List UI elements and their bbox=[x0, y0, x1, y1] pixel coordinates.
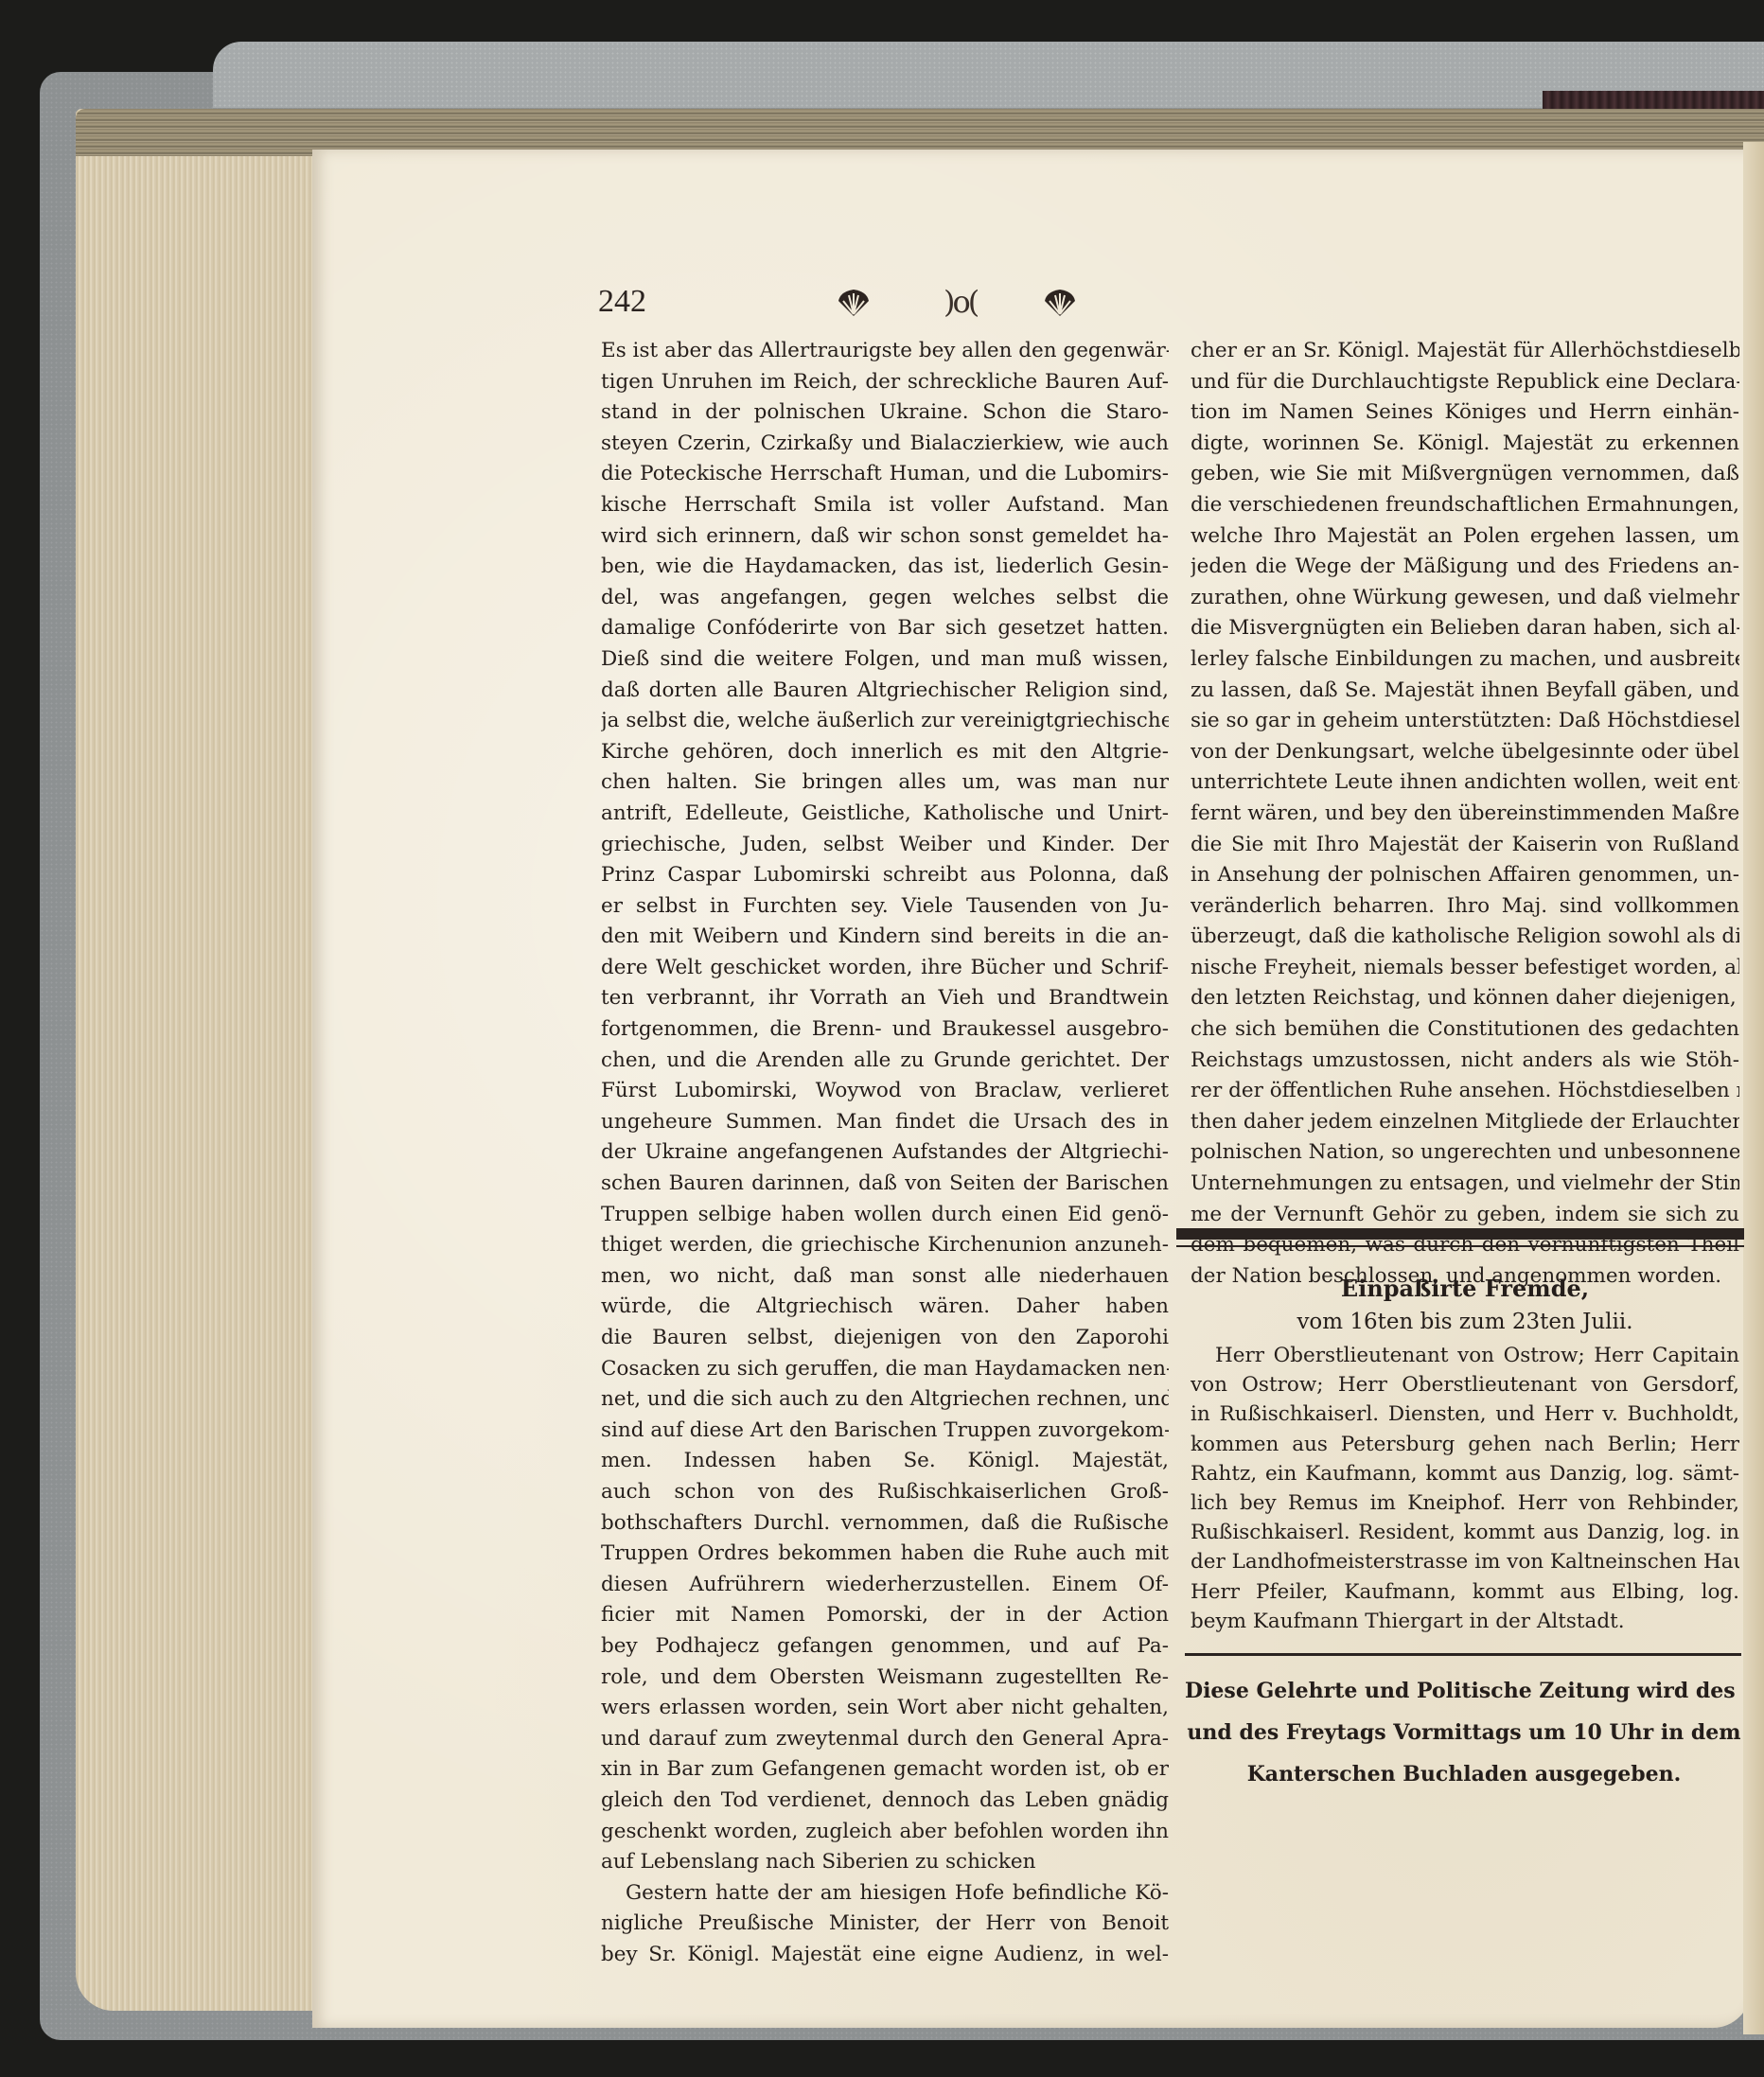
text-line: er selbst in Furchten sey. Viele Tausend… bbox=[601, 891, 1169, 923]
arrivals-date-range: vom 16ten bis zum 23ten Julii. bbox=[1191, 1305, 1739, 1339]
page-right-edge bbox=[1743, 142, 1764, 2034]
text-line: bey Sr. Königl. Majestät eine eigne Audi… bbox=[601, 1940, 1169, 1971]
text-line: nigliche Preußische Minister, der Herr v… bbox=[601, 1909, 1169, 1940]
left-column-article: Es ist aber das Allertraurigste bey alle… bbox=[601, 336, 1169, 1970]
section-divider-thin bbox=[1176, 1245, 1744, 1247]
text-line: diesen Aufrührern wiederherzustellen. Ei… bbox=[601, 1570, 1169, 1601]
text-line: unterrichtete Leute ihnen andichten woll… bbox=[1191, 767, 1739, 799]
text-line: auf Lebenslang nach Siberien zu schicken bbox=[601, 1847, 1169, 1878]
publication-notice: Diese Gelehrte und Politische Zeitung wi… bbox=[1185, 1670, 1743, 1795]
text-line: ten verbrannt, ihr Vorrath an Vieh und B… bbox=[601, 983, 1169, 1014]
text-line: Gestern hatte der am hiesigen Hofe befin… bbox=[601, 1878, 1169, 1910]
text-line: fernt wären, und bey den übereinstimmend… bbox=[1191, 799, 1739, 830]
text-line: auch schon von des Rußischkaiserlichen G… bbox=[601, 1477, 1169, 1508]
text-line: role, und dem Obersten Weismann zugestel… bbox=[601, 1663, 1169, 1694]
text-line: Fürst Lubomirski, Woywod von Braclaw, ve… bbox=[601, 1076, 1169, 1107]
text-line: und für die Durchlauchtigste Republick e… bbox=[1191, 367, 1739, 398]
text-line: ungeheure Summen. Man findet die Ursach … bbox=[601, 1107, 1169, 1138]
arrivals-list: Herr Oberstlieutenant von Ostrow; Herr C… bbox=[1191, 1341, 1739, 1636]
text-line: Truppen Ordres bekommen haben die Ruhe a… bbox=[601, 1539, 1169, 1570]
arrivals-heading: Einpaßirte Fremde, vom 16ten bis zum 23t… bbox=[1191, 1273, 1739, 1339]
text-line: jeden die Wege der Mäßigung und des Frie… bbox=[1191, 552, 1739, 583]
text-line: Es ist aber das Allertraurigste bey alle… bbox=[601, 336, 1169, 367]
text-line: del, was angefangen, gegen welches selbs… bbox=[601, 583, 1169, 614]
text-line: thiget werden, die griechische Kirchenun… bbox=[601, 1230, 1169, 1261]
right-column-article: cher er an Sr. Königl. Majestät für Alle… bbox=[1191, 336, 1739, 1292]
text-line: der Landhofmeisterstrasse im von Kaltnei… bbox=[1191, 1547, 1739, 1576]
text-line: lich bey Remus im Kneiphof. Herr von Reh… bbox=[1191, 1488, 1739, 1518]
text-line: tigen Unruhen im Reich, der schreckliche… bbox=[601, 367, 1169, 398]
text-line: polnischen Nation, so ungerechten und un… bbox=[1191, 1137, 1739, 1169]
text-line: Truppen selbige haben wollen durch einen… bbox=[601, 1200, 1169, 1231]
text-line: men, wo nicht, daß man sonst alle nieder… bbox=[601, 1261, 1169, 1293]
text-line: bey Podhajecz gefangen genommen, und auf… bbox=[601, 1631, 1169, 1663]
text-line: und des Freytags Vormittags um 10 Uhr in… bbox=[1185, 1712, 1743, 1753]
text-line: then daher jedem einzelnen Mitgliede der… bbox=[1191, 1107, 1739, 1138]
text-line: die Misvergnügten ein Belieben daran hab… bbox=[1191, 613, 1739, 644]
text-line: die verschiedenen freundschaftlichen Erm… bbox=[1191, 490, 1739, 521]
text-line: steyen Czerin, Czirkaßy und Bialaczierki… bbox=[601, 429, 1169, 460]
book-cover-top bbox=[213, 42, 1764, 108]
arrivals-title: Einpaßirte Fremde, bbox=[1191, 1273, 1739, 1305]
text-line: schen Bauren darinnen, daß von Seiten de… bbox=[601, 1169, 1169, 1200]
text-line: den mit Weibern und Kindern sind bereits… bbox=[601, 922, 1169, 953]
text-line: den letzten Reichstag, und können daher … bbox=[1191, 983, 1739, 1014]
text-line: Kanterschen Buchladen ausgegeben. bbox=[1185, 1753, 1743, 1795]
text-line: nische Freyheit, niemals besser befestig… bbox=[1191, 953, 1739, 984]
text-line: antrift, Edelleute, Geistliche, Katholis… bbox=[601, 799, 1169, 830]
text-line: wers erlassen worden, sein Wort aber nic… bbox=[601, 1693, 1169, 1724]
text-line: Prinz Caspar Lubomirski schreibt aus Pol… bbox=[601, 860, 1169, 891]
text-line: chen, und die Arenden alle zu Grunde ger… bbox=[601, 1046, 1169, 1077]
page-number: 242 bbox=[598, 284, 646, 320]
text-line: welche Ihro Majestät an Polen ergehen la… bbox=[1191, 521, 1739, 553]
text-line: Herr Pfeiler, Kaufmann, kommt aus Elbing… bbox=[1191, 1577, 1739, 1607]
text-line: tion im Namen Seines Königes und Herrn e… bbox=[1191, 397, 1739, 429]
text-line: daß dorten alle Bauren Altgriechischer R… bbox=[601, 676, 1169, 707]
text-line: der Ukraine angefangenen Aufstandes der … bbox=[601, 1137, 1169, 1169]
text-line: von der Denkungsart, welche übelgesinnte… bbox=[1191, 737, 1739, 768]
text-line: wird sich erinnern, daß wir schon sonst … bbox=[601, 521, 1169, 553]
text-line: chen halten. Sie bringen alles um, was m… bbox=[601, 767, 1169, 799]
text-line: cher er an Sr. Königl. Majestät für Alle… bbox=[1191, 336, 1739, 367]
text-line: xin in Bar zum Gefangenen gemacht worden… bbox=[601, 1754, 1169, 1786]
text-line: von Ostrow; Herr Oberstlieutenant von Ge… bbox=[1191, 1370, 1739, 1399]
shell-ornament-icon bbox=[835, 288, 873, 318]
text-line: Reichstags umzustossen, nicht anders als… bbox=[1191, 1046, 1739, 1077]
text-line: damalige Confóderirte von Bar sich geset… bbox=[601, 613, 1169, 644]
text-line: Dieß sind die weitere Folgen, und man mu… bbox=[601, 644, 1169, 676]
text-line: Diese Gelehrte und Politische Zeitung wi… bbox=[1185, 1670, 1743, 1712]
text-line: in Rußischkaiserl. Diensten, und Herr v.… bbox=[1191, 1399, 1739, 1429]
shell-ornament-icon bbox=[1041, 288, 1079, 318]
text-line: griechische, Juden, selbst Weiber und Ki… bbox=[601, 830, 1169, 861]
text-line: me der Vernunft Gehör zu geben, indem si… bbox=[1191, 1200, 1739, 1231]
text-line: die Sie mit Ihro Majestät der Kaiserin v… bbox=[1191, 830, 1739, 861]
text-line: beym Kaufmann Thiergart in der Altstadt. bbox=[1191, 1607, 1739, 1636]
text-line: geben, wie Sie mit Mißvergnügen vernomme… bbox=[1191, 459, 1739, 490]
text-line: die Bauren selbst, diejenigen von den Za… bbox=[601, 1323, 1169, 1354]
running-head-ornament: )o( bbox=[944, 284, 977, 320]
text-line: zurathen, ohne Würkung gewesen, und daß … bbox=[1191, 583, 1739, 614]
text-line: in Ansehung der polnischen Affairen geno… bbox=[1191, 860, 1739, 891]
text-line: veränderlich beharren. Ihro Maj. sind vo… bbox=[1191, 891, 1739, 923]
text-line: stand in der polnischen Ukraine. Schon d… bbox=[601, 397, 1169, 429]
text-line: Rahtz, ein Kaufmann, kommt aus Danzig, l… bbox=[1191, 1459, 1739, 1488]
text-line: lerley falsche Einbildungen zu machen, u… bbox=[1191, 644, 1739, 676]
text-line: che sich bemühen die Constitutionen des … bbox=[1191, 1014, 1739, 1046]
text-line: Unternehmungen zu entsagen, und vielmehr… bbox=[1191, 1169, 1739, 1200]
text-line: bothschafters Durchl. vernommen, daß die… bbox=[601, 1508, 1169, 1540]
text-line: ja selbst die, welche äußerlich zur vere… bbox=[601, 706, 1169, 737]
text-line: sind auf diese Art den Barischen Truppen… bbox=[601, 1416, 1169, 1447]
footer-divider bbox=[1185, 1653, 1741, 1656]
text-line: digte, worinnen Se. Königl. Majestät zu … bbox=[1191, 429, 1739, 460]
running-head: 242 )o( bbox=[598, 284, 1317, 331]
text-line: net, und die sich auch zu den Altgrieche… bbox=[601, 1384, 1169, 1416]
text-line: würde, die Altgriechisch wären. Daher ha… bbox=[601, 1292, 1169, 1323]
text-line: und darauf zum zweytenmal durch den Gene… bbox=[601, 1724, 1169, 1755]
text-line: Herr Oberstlieutenant von Ostrow; Herr C… bbox=[1191, 1341, 1739, 1370]
text-line: zu lassen, daß Se. Majestät ihnen Beyfal… bbox=[1191, 676, 1739, 707]
text-line: fortgenommen, die Brenn- und Braukessel … bbox=[601, 1014, 1169, 1046]
text-line: ben, wie die Haydamacken, das ist, liede… bbox=[601, 552, 1169, 583]
text-line: Kirche gehören, doch innerlich es mit de… bbox=[601, 737, 1169, 768]
text-line: rer der öffentlichen Ruhe ansehen. Höchs… bbox=[1191, 1076, 1739, 1107]
text-line: dere Welt geschicket worden, ihre Bücher… bbox=[601, 953, 1169, 984]
text-line: geschenkt worden, zugleich aber befohlen… bbox=[601, 1817, 1169, 1848]
section-divider-thick bbox=[1176, 1228, 1744, 1240]
text-line: ficier mit Namen Pomorski, der in der Ac… bbox=[601, 1600, 1169, 1631]
text-line: sie so gar in geheim unterstützten: Daß … bbox=[1191, 706, 1739, 737]
text-line: gleich den Tod verdienet, dennoch das Le… bbox=[601, 1786, 1169, 1817]
text-line: men. Indessen haben Se. Königl. Majestät… bbox=[601, 1446, 1169, 1477]
text-line: Cosacken zu sich geruffen, die man Hayda… bbox=[601, 1354, 1169, 1385]
text-line: die Poteckische Herrschaft Human, und di… bbox=[601, 459, 1169, 490]
text-line: kommen aus Petersburg gehen nach Berlin;… bbox=[1191, 1430, 1739, 1459]
text-line: Rußischkaiserl. Resident, kommt aus Danz… bbox=[1191, 1518, 1739, 1547]
text-line: kische Herrschaft Smila ist voller Aufst… bbox=[601, 490, 1169, 521]
text-line: überzeugt, daß die katholische Religion … bbox=[1191, 922, 1739, 953]
